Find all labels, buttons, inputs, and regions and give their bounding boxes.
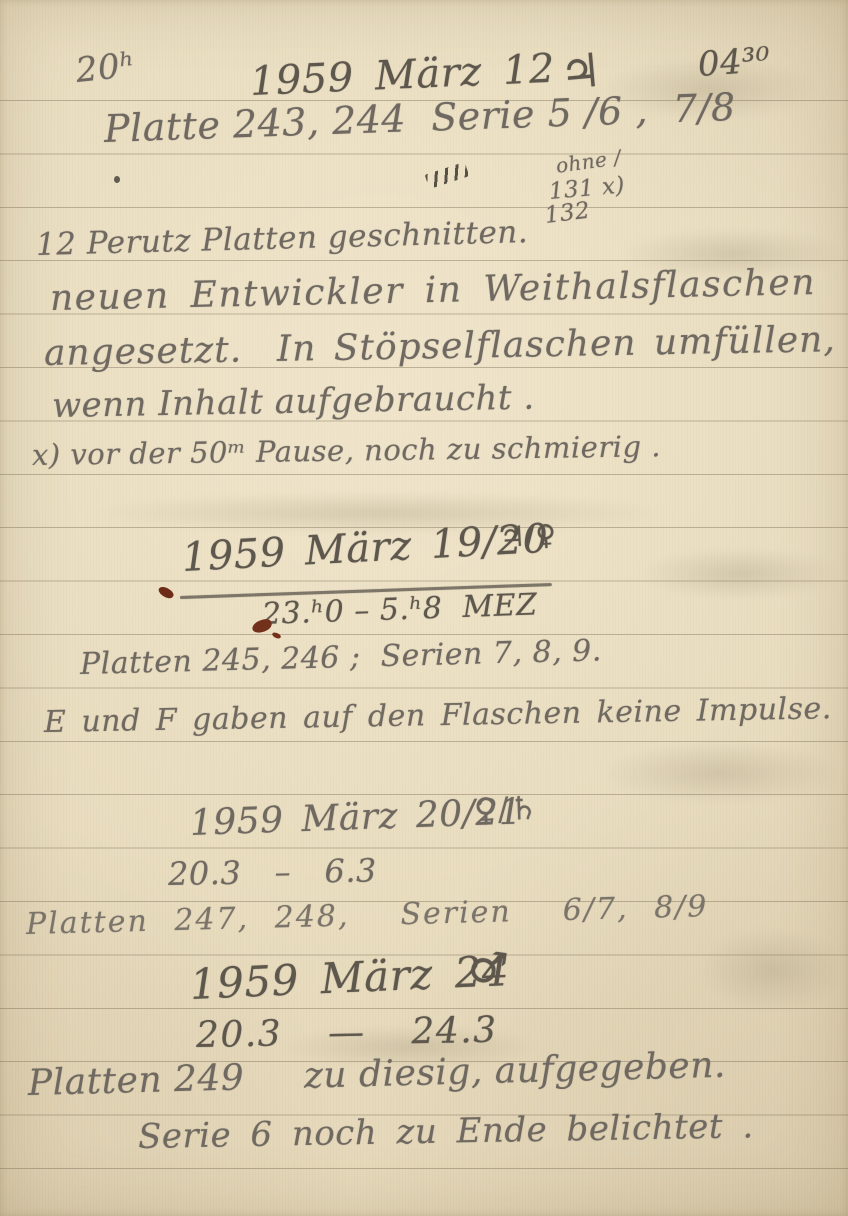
ink-speck	[157, 584, 175, 601]
entry-date: 1959 März 19/20	[181, 519, 550, 578]
log-line-bottles: angesetzt. In Stöpselflaschen umfüllen,	[44, 322, 836, 372]
footnote-line: x) vor der 50ᵐ Pause, noch zu schmierig …	[32, 432, 661, 470]
pencil-dot	[114, 176, 120, 183]
plates-line: Platten 247, 248, Serien 6/7, 8/9	[26, 892, 709, 940]
time-range: 23.ʰ0 – 5.ʰ8 MEZ	[261, 590, 537, 630]
venus-saturn-weekday-icons: ♀/♄	[473, 792, 538, 826]
ink-speck	[271, 631, 281, 640]
ink-speck	[251, 618, 273, 635]
observation-end-time: 04³⁰	[697, 43, 772, 82]
entry-date: 1959 März 24	[189, 950, 510, 1006]
jupiter-weekday-icon: ♃	[558, 46, 604, 95]
log-line-developer: neuen Entwickler in Weithalsflaschen	[50, 265, 817, 317]
time-range: 20.3 — 24.3	[196, 1013, 498, 1054]
pencil-scribble-mark	[425, 162, 470, 189]
plates-line: Platte 243, 244 Serie 5 /6 , 7/8	[103, 88, 736, 148]
log-line-impulses: E und F gaben auf den Flaschen keine Imp…	[44, 694, 832, 738]
notebook-page: 20ʰ 1959 März 12 ♃ 04³⁰ Platte 243, 244 …	[0, 0, 848, 1216]
log-line-series-exposed: Serie 6 noch zu Ende belichtet .	[138, 1109, 754, 1154]
entry-date: 1959 März 20/21	[189, 794, 522, 842]
bleed-through-smudge	[600, 742, 840, 804]
mars-weekday-icon: ♂	[465, 944, 511, 993]
log-line-plates-cut: 12 Perutz Platten geschnitten.	[36, 217, 529, 261]
time-range: 20.3 – 6.3	[168, 854, 377, 890]
plates-line: Platten 249 zu diesig, aufgegeben.	[28, 1048, 727, 1102]
log-line-contents: wenn Inhalt aufgebraucht .	[52, 381, 535, 423]
observation-start-time: 20ʰ	[74, 48, 137, 88]
margin-note-132: 132	[544, 200, 592, 228]
jupiter-venus-weekday-icons: ♃/♀	[499, 521, 557, 552]
bleed-through-smudge	[700, 928, 846, 1012]
margin-note-ohne: ohne /	[555, 147, 623, 176]
plates-line: Platten 245, 246 ; Serien 7, 8, 9.	[80, 636, 603, 680]
bleed-through-smudge	[640, 548, 840, 600]
